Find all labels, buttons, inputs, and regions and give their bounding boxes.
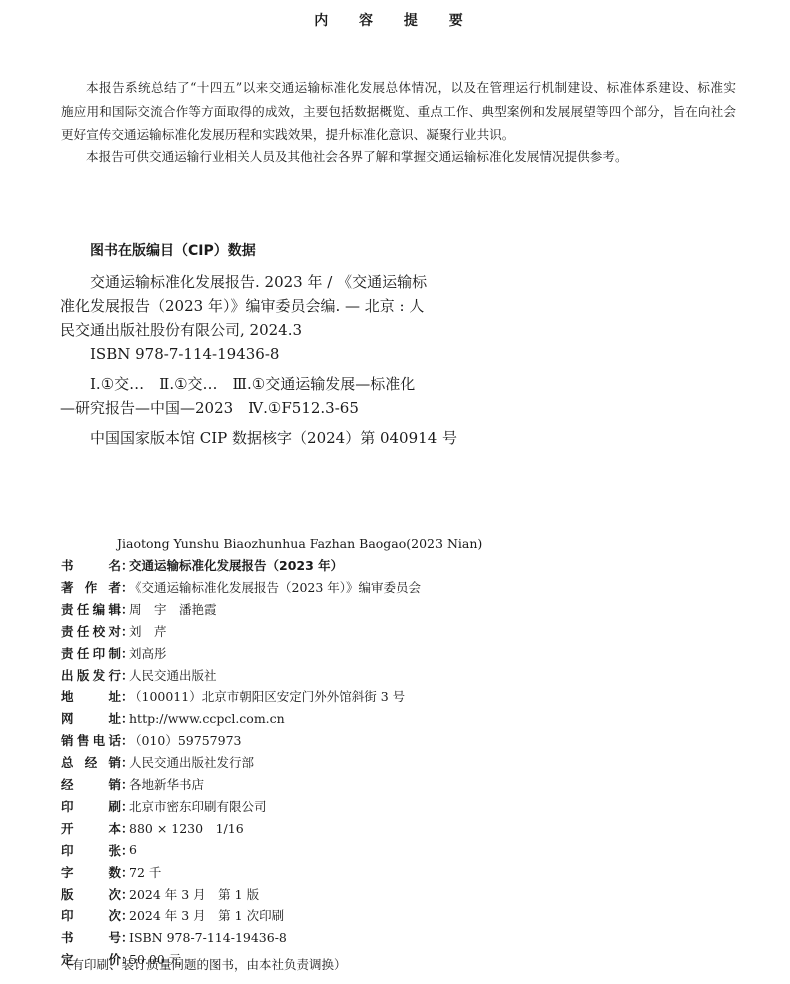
colophon-value: （010）59757973 (129, 731, 241, 749)
colophon-value: 各地新华书店 (129, 775, 204, 793)
colophon-value: 刘 芹 (129, 622, 167, 640)
colophon-label: 销售电话 (61, 731, 121, 749)
label-char: 版 (61, 885, 74, 903)
label-char: 电 (93, 731, 106, 749)
cip-record-number: 中国国家版本馆 CIP 数据核字（2024）第 040914 号 (90, 428, 457, 448)
label-colon: ： (121, 885, 129, 903)
label-char: 网 (61, 709, 74, 727)
colophon-label: 印次 (61, 906, 121, 924)
label-colon: ： (121, 753, 129, 771)
cip-classification-2: —研究报告—中国—2023 Ⅳ.①F512.3-65 (60, 398, 359, 418)
colophon-label: 书名 (61, 556, 121, 574)
colophon-value: 880 × 1230 1/16 (129, 819, 244, 837)
colophon-row: 书号：ISBN 978-7-114-19436-8 (61, 928, 287, 946)
label-char: 售 (77, 731, 90, 749)
label-char: 印 (61, 906, 74, 924)
label-char: 地 (61, 687, 74, 705)
label-char: 任 (77, 600, 90, 618)
label-char: 数 (108, 863, 121, 881)
colophon-row: 经销：各地新华书店 (61, 775, 204, 793)
colophon-label: 经销 (61, 775, 121, 793)
colophon-value: 2024 年 3 月 第 1 版 (129, 885, 259, 903)
colophon-row: 责任印制：刘高彤 (61, 644, 167, 662)
colophon-row: 网址：http://www.ccpcl.com.cn (61, 709, 285, 727)
label-colon: ： (121, 687, 129, 705)
label-char: 印 (61, 841, 74, 859)
colophon-label: 总经销 (61, 753, 121, 771)
label-char: 著 (61, 578, 74, 596)
colophon-row: 书名：交通运输标准化发展报告（2023 年） (61, 556, 343, 574)
colophon-value: http://www.ccpcl.com.cn (129, 711, 285, 726)
colophon-row: 总经销：人民交通出版社发行部 (61, 753, 254, 771)
label-char: 字 (61, 863, 74, 881)
label-char: 制 (108, 644, 121, 662)
colophon-label: 责任印制 (61, 644, 121, 662)
colophon-label: 书号 (61, 928, 121, 946)
label-char: 编 (93, 600, 106, 618)
cip-isbn: ISBN 978-7-114-19436-8 (90, 344, 279, 364)
colophon-label: 印张 (61, 841, 121, 859)
label-char: 辑 (108, 600, 121, 618)
label-char: 次 (108, 906, 121, 924)
label-char: 址 (108, 687, 121, 705)
cip-classification-1: Ⅰ.①交… Ⅱ.①交… Ⅲ.①交通运输发展—标准化 (90, 374, 415, 394)
label-char: 开 (61, 819, 74, 837)
label-char: 书 (61, 928, 74, 946)
colophon-value: 72 千 (129, 863, 161, 881)
summary-title: 内 容 提 要 (0, 10, 790, 30)
label-colon: ： (121, 863, 129, 881)
colophon-label: 出版发行 (61, 666, 121, 684)
colophon-row: 销售电话：（010）59757973 (61, 731, 241, 749)
label-char: 版 (77, 666, 90, 684)
colophon-value: ISBN 978-7-114-19436-8 (129, 930, 287, 945)
colophon-row: 版次：2024 年 3 月 第 1 版 (61, 885, 259, 903)
label-char: 作 (85, 578, 98, 596)
label-char: 者 (108, 578, 121, 596)
label-colon: ： (121, 906, 129, 924)
summary-paragraph-1-line-1: 本报告系统总结了“十四五”以来交通运输标准化发展总体情况，以及在管理运行机制建设… (61, 80, 736, 96)
summary-paragraph-2: 本报告可供交通运输行业相关人员及其他社会各界了解和掌握交通运输标准化发展情况提供… (86, 149, 761, 165)
label-colon: ： (121, 709, 129, 727)
label-colon: ： (121, 775, 129, 793)
colophon-row: 责任校对：刘 芹 (61, 622, 167, 640)
label-char: 张 (108, 841, 121, 859)
pinyin-title: Jiaotong Yunshu Biaozhunhua Fazhan Baoga… (117, 536, 482, 551)
label-char: 任 (77, 622, 90, 640)
colophon-row: 印次：2024 年 3 月 第 1 次印刷 (61, 906, 284, 924)
colophon-value: 《交通运输标准化发展报告（2023 年）》编审委员会 (129, 578, 421, 596)
label-char: 对 (108, 622, 121, 640)
label-char: 销 (108, 753, 121, 771)
label-char: 刷 (108, 797, 121, 815)
label-char: 行 (108, 666, 121, 684)
label-char: 发 (93, 666, 106, 684)
cip-line-1: 交通运输标准化发展报告. 2023 年 / 《交通运输标 (90, 272, 427, 292)
label-char: 本 (108, 819, 121, 837)
label-char: 责 (61, 622, 74, 640)
colophon-value: 北京市密东印刷有限公司 (129, 797, 267, 815)
colophon-label: 责任编辑 (61, 600, 121, 618)
cip-line-2: 准化发展报告（2023 年）》编审委员会编. — 北京 : 人 (60, 296, 424, 316)
label-colon: ： (121, 622, 129, 640)
colophon-label: 著作者 (61, 578, 121, 596)
colophon-label: 版次 (61, 885, 121, 903)
colophon-value: 刘高彤 (129, 644, 167, 662)
label-char: 次 (108, 885, 121, 903)
label-char: 书 (61, 556, 74, 574)
label-char: 销 (108, 775, 121, 793)
label-char: 校 (93, 622, 106, 640)
label-char: 责 (61, 600, 74, 618)
colophon-label: 责任校对 (61, 622, 121, 640)
label-char: 名 (108, 556, 121, 574)
colophon-label: 地址 (61, 687, 121, 705)
colophon-row: 字数：72 千 (61, 863, 161, 881)
colophon-row: 著作者：《交通运输标准化发展报告（2023 年）》编审委员会 (61, 578, 421, 596)
colophon-row: 出版发行：人民交通出版社 (61, 666, 217, 684)
colophon-row: 印张：6 (61, 841, 137, 859)
label-char: 印 (93, 644, 106, 662)
colophon-value: 交通运输标准化发展报告（2023 年） (129, 556, 343, 574)
label-colon: ： (121, 556, 129, 574)
label-char: 印 (61, 797, 74, 815)
label-colon: ： (121, 666, 129, 684)
label-colon: ： (121, 731, 129, 749)
summary-paragraph-1-line-3: 更好宣传交通运输标准化发展历程和实践效果，提升标准化意识、凝聚行业共识。 (61, 127, 736, 143)
colophon-value: 人民交通出版社 (129, 666, 217, 684)
label-char: 经 (85, 753, 98, 771)
label-char: 址 (108, 709, 121, 727)
cip-line-3: 民交通出版社股份有限公司, 2024.3 (60, 320, 302, 340)
colophon-label: 印刷 (61, 797, 121, 815)
colophon-label: 开本 (61, 819, 121, 837)
cip-heading: 图书在版编目（CIP）数据 (90, 240, 256, 260)
label-char: 总 (61, 753, 74, 771)
label-colon: ： (121, 797, 129, 815)
label-char: 销 (61, 731, 74, 749)
colophon-row: 责任编辑：周 宇 潘艳霞 (61, 600, 217, 618)
label-colon: ： (121, 600, 129, 618)
label-char: 出 (61, 666, 74, 684)
colophon-value: 人民交通出版社发行部 (129, 753, 254, 771)
label-char: 号 (108, 928, 121, 946)
colophon-value: （100011）北京市朝阳区安定门外外馆斜街 3 号 (129, 687, 405, 705)
label-char: 话 (108, 731, 121, 749)
label-char: 经 (61, 775, 74, 793)
quality-note: （有印刷、装订质量问题的图书，由本社负责调换） (59, 955, 347, 973)
label-colon: ： (121, 928, 129, 946)
label-colon: ： (121, 841, 129, 859)
colophon-label: 字数 (61, 863, 121, 881)
colophon-value: 2024 年 3 月 第 1 次印刷 (129, 906, 284, 924)
colophon-value: 6 (129, 842, 137, 857)
colophon-value: 周 宇 潘艳霞 (129, 600, 217, 618)
label-colon: ： (121, 578, 129, 596)
label-colon: ： (121, 819, 129, 837)
label-char: 任 (77, 644, 90, 662)
colophon-row: 开本：880 × 1230 1/16 (61, 819, 244, 837)
label-char: 责 (61, 644, 74, 662)
summary-paragraph-1-line-2: 施应用和国际交流合作等方面取得的成效，主要包括数据概览、重点工作、典型案例和发展… (61, 104, 736, 120)
colophon-row: 印刷：北京市密东印刷有限公司 (61, 797, 267, 815)
colophon-label: 网址 (61, 709, 121, 727)
label-colon: ： (121, 644, 129, 662)
colophon-row: 地址：（100011）北京市朝阳区安定门外外馆斜街 3 号 (61, 687, 405, 705)
